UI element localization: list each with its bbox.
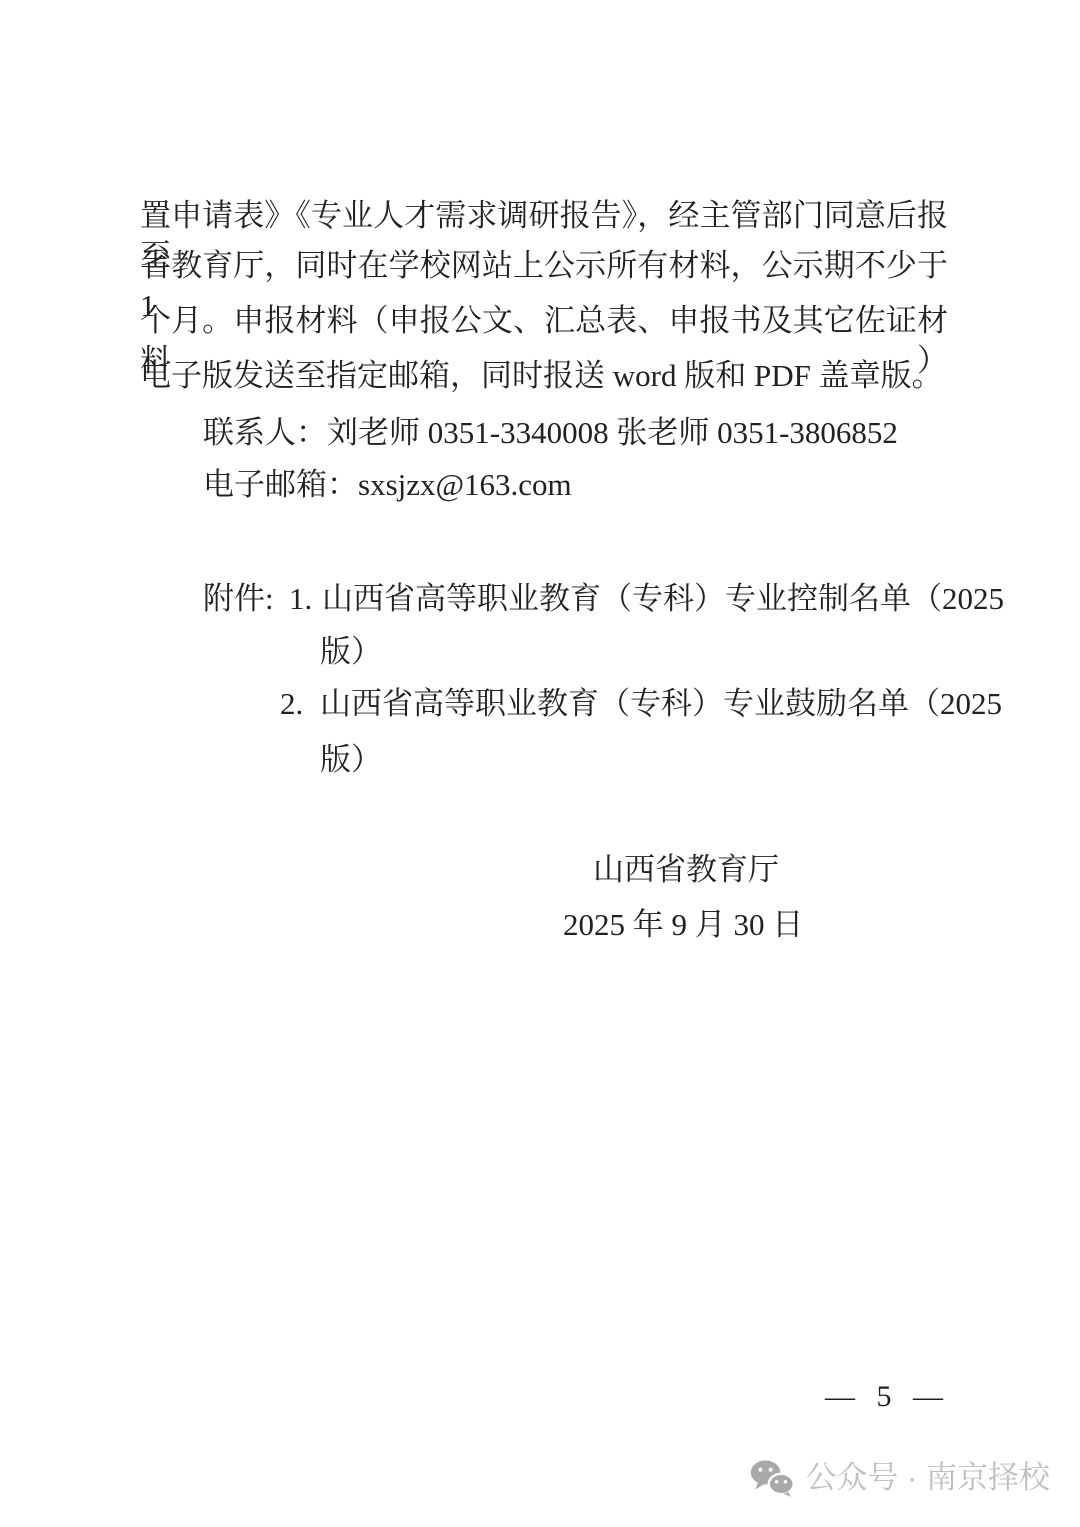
- body-line-4: 电子版发送至指定邮箱，同时报送 word 版和 PDF 盖章版。: [140, 356, 948, 396]
- wechat-icon: [748, 1459, 796, 1497]
- attachment-1-text-wrap: 版）: [320, 634, 382, 669]
- attachment-2-text: 山西省高等职业教育（专科）专业鼓励名单（2025: [320, 686, 1002, 721]
- attachment-row-1: 附件:1.山西省高等职业教育（专科）专业控制名单（2025: [140, 579, 1011, 619]
- wechat-watermark-label: 公众号 · 南京择校: [805, 1458, 1050, 1498]
- attachment-2-number: 2.: [280, 684, 320, 724]
- signature-organization: 山西省教育厅: [593, 850, 779, 890]
- page-number: — 5 —: [140, 1379, 945, 1415]
- attachment-row-2: 版）: [140, 632, 1080, 672]
- attachment-row-3: 2.山西省高等职业教育（专科）专业鼓励名单（2025: [140, 684, 1080, 724]
- attachments-label: 附件:: [203, 579, 289, 619]
- document-page: 置申请表》《专业人才需求调研报告》，经主管部门同意后报至 省教育厅，同时在学校网…: [0, 0, 1080, 1527]
- contact-email-line: 电子邮箱：sxsjzx@163.com: [140, 465, 1011, 505]
- wechat-watermark: 公众号 · 南京择校: [748, 1458, 1050, 1498]
- signature-date: 2025 年 9 月 30 日: [563, 905, 803, 945]
- attachment-1-number: 1.: [289, 579, 322, 619]
- attachment-2-text-wrap: 版）: [320, 742, 382, 777]
- contact-person-line: 联系人：刘老师 0351-3340008 张老师 0351-3806852: [140, 413, 1011, 453]
- attachment-row-4: 版）: [140, 740, 1080, 780]
- attachment-1-text: 山西省高等职业教育（专科）专业控制名单（2025: [322, 581, 1004, 616]
